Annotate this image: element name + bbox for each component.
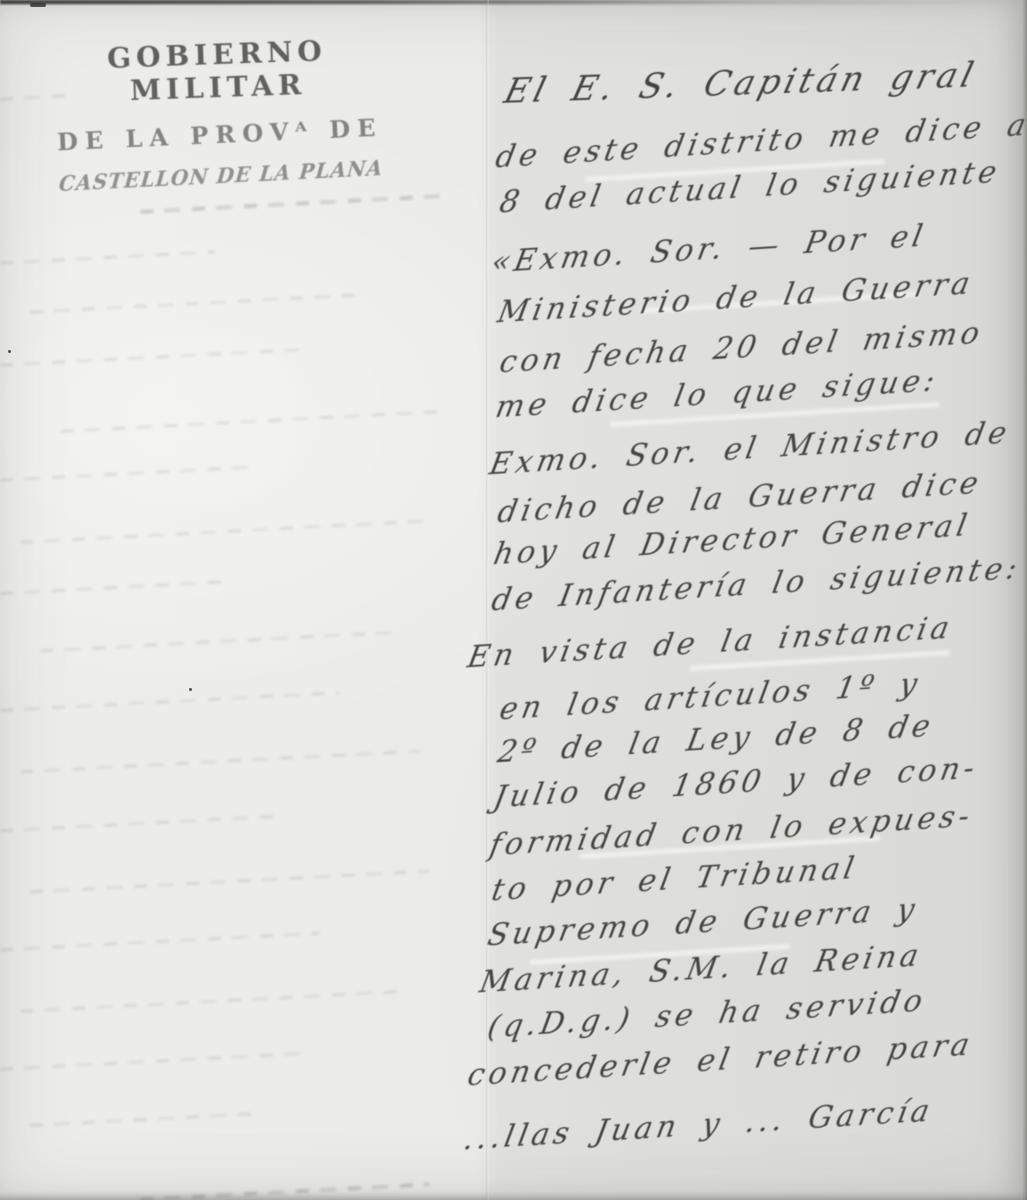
dirt-speck — [30, 3, 46, 7]
bleedthrough-streak — [0, 465, 260, 482]
bleedthrough-streak — [30, 870, 430, 894]
bleedthrough-streak — [0, 691, 340, 712]
bleedthrough-streak — [20, 519, 430, 543]
bleedthrough-streak — [40, 631, 400, 653]
bleedthrough-streak — [30, 1112, 260, 1127]
stamp-line-2: DE LA PROVᴬ DE — [36, 112, 403, 158]
handwriting-line: ...llas Juan y ... García — [461, 1093, 937, 1158]
scanned-manuscript-page: GOBIERNO MILITAR DE LA PROVᴬ DE CASTELLO… — [0, 0, 1027, 1200]
bleedthrough-streak — [140, 194, 440, 214]
bleedthrough-streak — [20, 750, 420, 774]
stamp-line-3: CASTELLON DE LA PLANA — [44, 154, 398, 196]
bleedthrough-streak — [60, 410, 440, 433]
military-government-stamp: GOBIERNO MILITAR DE LA PROVᴬ DE CASTELLO… — [33, 32, 404, 195]
stamp-line-1: GOBIERNO MILITAR — [33, 32, 401, 111]
bleedthrough-streak — [20, 990, 400, 1013]
bleedthrough-streak — [30, 293, 360, 313]
dirt-speck — [8, 350, 11, 353]
bleedthrough-streak — [0, 1052, 300, 1071]
bleedthrough-streak — [0, 580, 230, 595]
scan-edge-top — [0, 0, 1027, 6]
bleedthrough-streak — [0, 250, 215, 264]
bleedthrough-streak — [0, 932, 320, 952]
dirt-speck — [189, 688, 192, 691]
bleedthrough-streak — [0, 348, 300, 367]
scan-edge-right — [1022, 0, 1027, 1200]
handwriting-line: El E. S. Capitán gral — [500, 55, 981, 113]
bleedthrough-streak — [0, 815, 280, 833]
